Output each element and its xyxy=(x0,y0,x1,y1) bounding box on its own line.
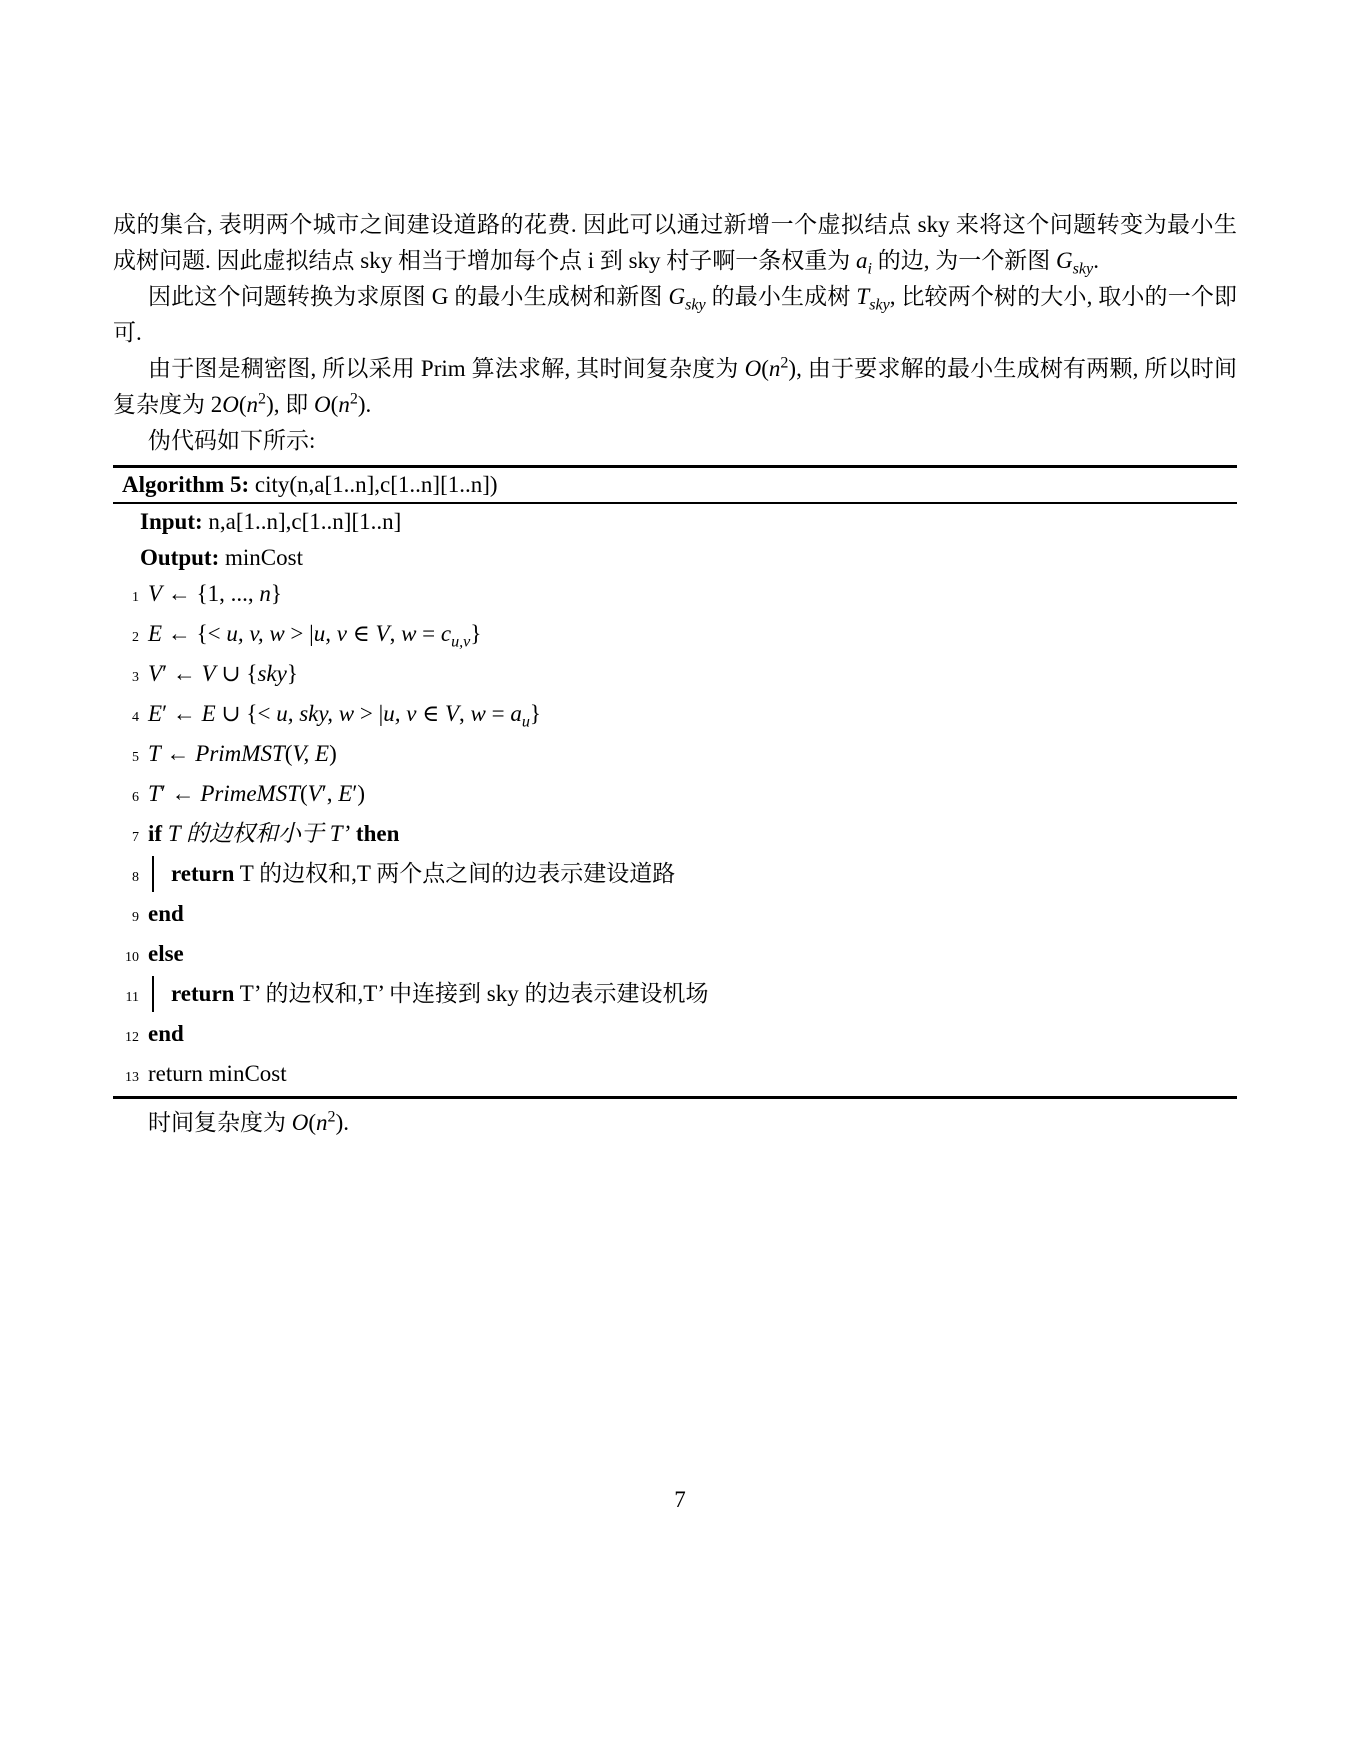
paragraph-2: 因此这个问题转换为求原图 G 的最小生成树和新图 Gsky 的最小生成树 Tsk… xyxy=(113,279,1237,351)
algorithm-line-1: 1 V ← {1, ..., n} xyxy=(113,576,1237,616)
line-code: T ← PrimMST(V, E) xyxy=(148,736,1237,772)
algorithm-line-3: 3 V′ ← V ∪ {sky} xyxy=(113,656,1237,696)
algorithm-line-2: 2 E ← {< u, v, w > |u, v ∈ V, w = cu,v} xyxy=(113,616,1237,656)
line-number: 13 xyxy=(113,1060,139,1096)
page-number: 7 xyxy=(0,1482,1360,1518)
algorithm-output: Output: minCost xyxy=(140,540,1237,576)
line-number: 3 xyxy=(113,660,139,696)
document-page: 成的集合, 表明两个城市之间建设道路的花费. 因此可以通过新增一个虚拟结点 sk… xyxy=(0,0,1360,1760)
algorithm-line-11: 11 return T’ 的边权和,T’ 中连接到 sky 的边表示建设机场 xyxy=(113,976,1237,1016)
line-code: E′ ← E ∪ {< u, sky, w > |u, v ∈ V, w = a… xyxy=(148,696,1237,732)
line-code: else xyxy=(148,936,1237,972)
algorithm-line-5: 5 T ← PrimMST(V, E) xyxy=(113,736,1237,776)
line-number: 6 xyxy=(113,780,139,816)
algorithm-line-8: 8 return T 的边权和,T 两个点之间的边表示建设道路 xyxy=(113,856,1237,896)
algorithm-line-13: 13 return minCost xyxy=(113,1056,1237,1096)
line-number: 2 xyxy=(113,620,139,656)
line-code: return minCost xyxy=(148,1056,1237,1092)
content-column: 成的集合, 表明两个城市之间建设道路的花费. 因此可以通过新增一个虚拟结点 sk… xyxy=(113,207,1237,1141)
line-code: E ← {< u, v, w > |u, v ∈ V, w = cu,v} xyxy=(148,616,1237,652)
algorithm-line-7: 7 if T 的边权和小于 T’ then xyxy=(113,816,1237,856)
line-code: V ← {1, ..., n} xyxy=(148,576,1237,612)
line-number: 12 xyxy=(113,1020,139,1056)
line-number: 7 xyxy=(113,820,139,856)
line-code: return T 的边权和,T 两个点之间的边表示建设道路 xyxy=(152,856,1237,892)
closing-paragraph: 时间复杂度为 O(n2). xyxy=(113,1105,1237,1141)
algorithm-input: Input: n,a[1..n],c[1..n][1..n] xyxy=(140,504,1237,540)
paragraph-3: 由于图是稠密图, 所以采用 Prim 算法求解, 其时间复杂度为 O(n2), … xyxy=(113,351,1237,423)
line-number: 9 xyxy=(113,900,139,936)
line-number: 5 xyxy=(113,740,139,776)
line-number: 8 xyxy=(113,860,139,896)
line-code: return T’ 的边权和,T’ 中连接到 sky 的边表示建设机场 xyxy=(152,976,1237,1012)
line-code: if T 的边权和小于 T’ then xyxy=(148,816,1237,852)
algorithm-line-12: 12 end xyxy=(113,1016,1237,1056)
paragraph-4: 伪代码如下所示: xyxy=(113,423,1237,459)
line-code: V′ ← V ∪ {sky} xyxy=(148,656,1237,692)
algorithm-line-9: 9 end xyxy=(113,896,1237,936)
line-code: end xyxy=(148,896,1237,932)
algorithm-line-4: 4 E′ ← E ∪ {< u, sky, w > |u, v ∈ V, w =… xyxy=(113,696,1237,736)
algorithm-line-6: 6 T′ ← PrimeMST(V′, E′) xyxy=(113,776,1237,816)
algorithm-line-10: 10 else xyxy=(113,936,1237,976)
algorithm-block: Algorithm 5: city(n,a[1..n],c[1..n][1..n… xyxy=(113,465,1237,1099)
line-code: T′ ← PrimeMST(V′, E′) xyxy=(148,776,1237,812)
line-number: 4 xyxy=(113,700,139,736)
algorithm-caption: Algorithm 5: city(n,a[1..n],c[1..n][1..n… xyxy=(113,468,1237,502)
line-number: 10 xyxy=(113,940,139,976)
line-number: 1 xyxy=(113,580,139,616)
paragraph-1: 成的集合, 表明两个城市之间建设道路的花费. 因此可以通过新增一个虚拟结点 sk… xyxy=(113,207,1237,279)
line-number: 11 xyxy=(113,980,139,1016)
line-code: end xyxy=(148,1016,1237,1052)
